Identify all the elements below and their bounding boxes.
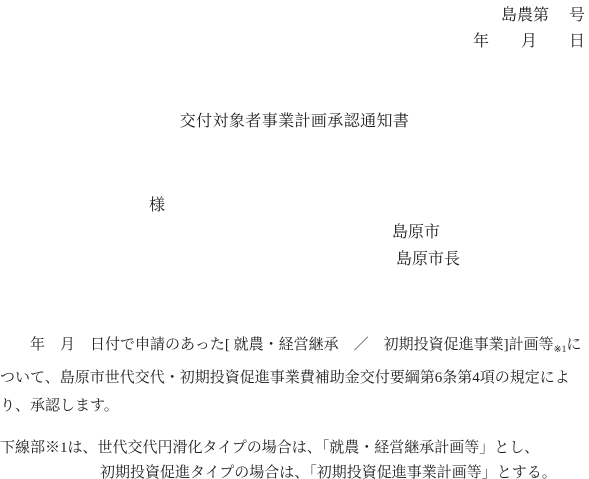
doc-number-line: 島農第 号: [473, 3, 585, 29]
document-header-right: 島農第 号 年 月 日: [473, 3, 585, 55]
sender-mayor: 島原市長: [396, 246, 460, 269]
footnote-line-1: 下線部※1は、世代交代円滑化タイプの場合は、「就農・経営継承計画等」とし、: [0, 436, 589, 461]
body-line-1-tail: に: [566, 337, 581, 353]
document-page: 島農第 号 年 月 日 交付対象者事業計画承認通知書 様 島原市 島原市長 年 …: [0, 0, 589, 479]
footnote-reference-mark: ※1: [554, 345, 567, 355]
date-line: 年 月 日: [473, 29, 585, 55]
body-line-1-text: 年 月 日付で申請のあった[ 就農・経営継承 ／ 初期投資促進事業]計画等: [0, 337, 554, 353]
addressee-honorific: 様: [149, 192, 165, 215]
footnote-line-2: 初期投資促進タイプの場合は、「初期投資促進事業計画等」とする。: [0, 461, 589, 479]
body-line-3: り、承認します。: [0, 392, 589, 420]
body-paragraph: 年 月 日付で申請のあった[ 就農・経営継承 ／ 初期投資促進事業]計画等※1に…: [0, 331, 589, 420]
footnote-block: 下線部※1は、世代交代円滑化タイプの場合は、「就農・経営継承計画等」とし、 初期…: [0, 436, 589, 479]
body-line-2: ついて、島原市世代交代・初期投資促進事業費補助金交付要綱第6条第4項の規定によ: [0, 364, 589, 392]
sender-city: 島原市: [392, 219, 440, 242]
body-line-1: 年 月 日付で申請のあった[ 就農・経営継承 ／ 初期投資促進事業]計画等※1に: [0, 331, 589, 364]
document-title: 交付対象者事業計画承認通知書: [0, 108, 589, 131]
